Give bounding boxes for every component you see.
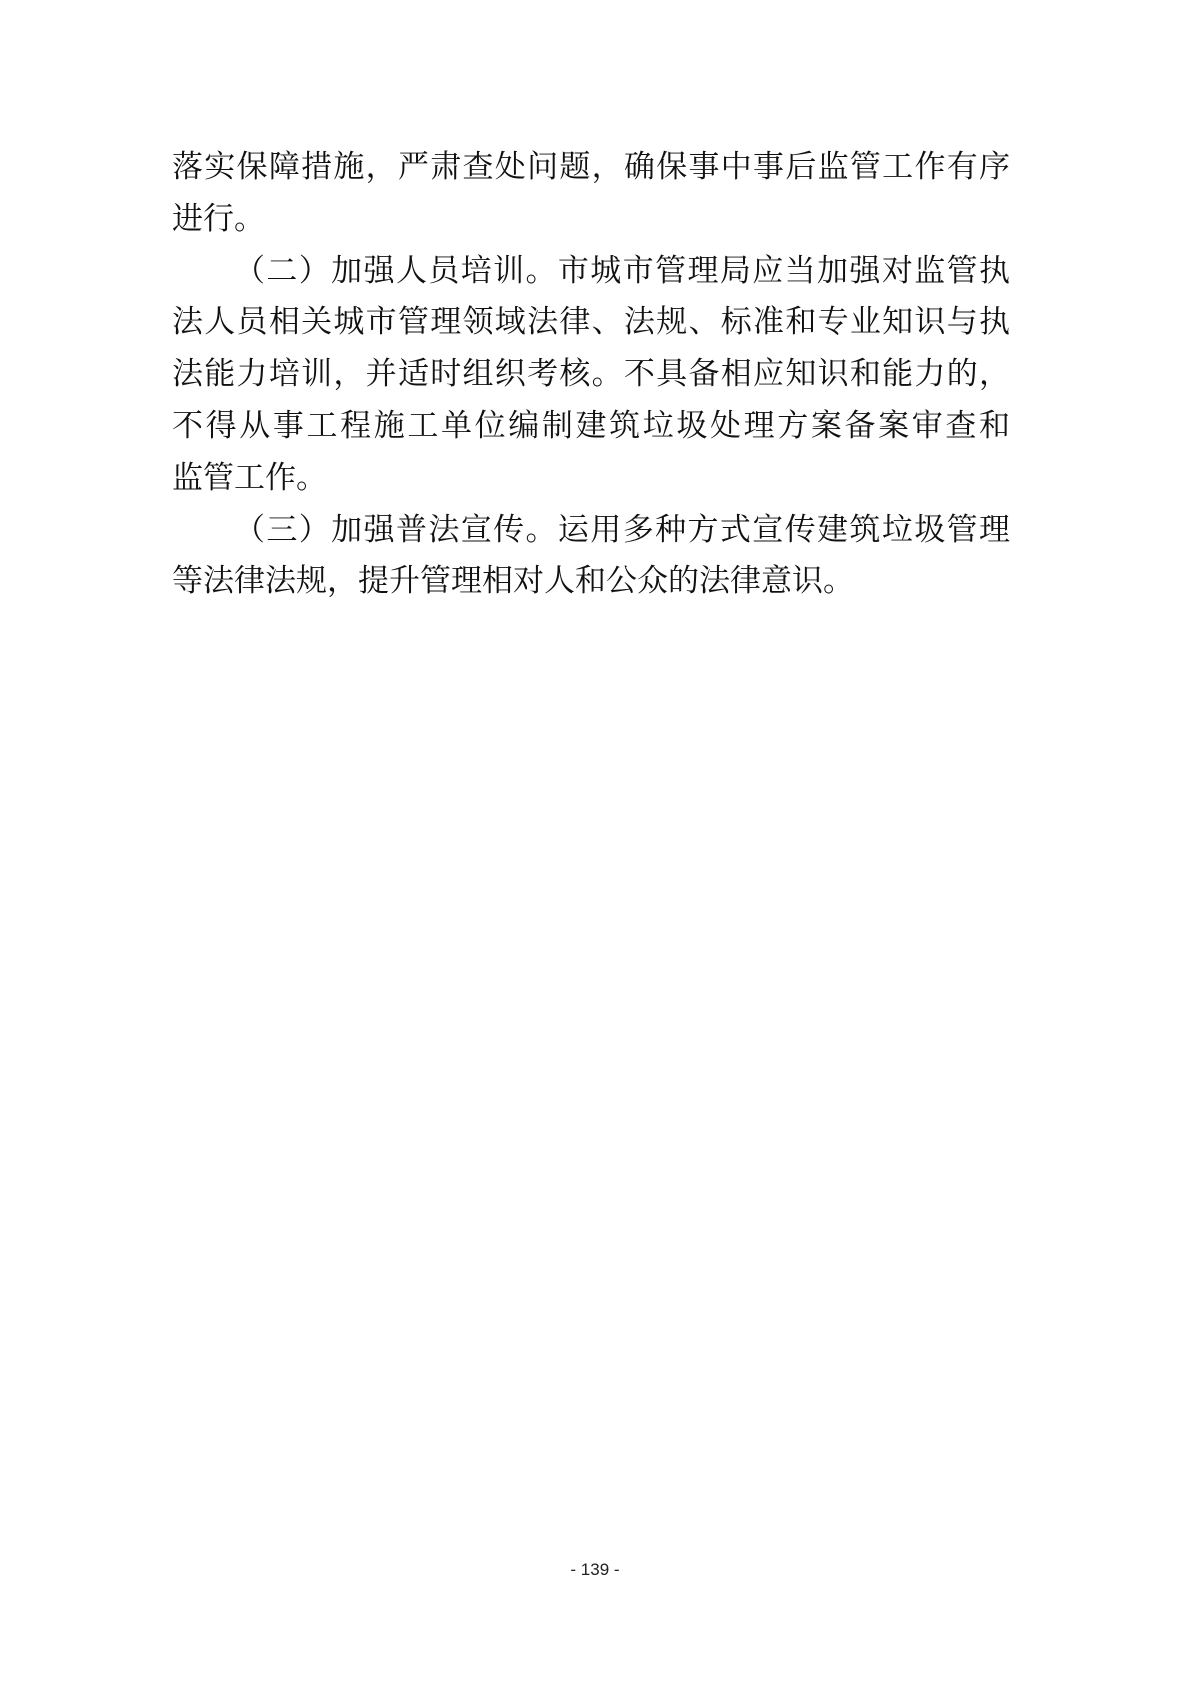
text-line: 法能力培训，并适时组织考核。不具备相应知识和能力的，	[172, 349, 1010, 401]
text-line: 进行。	[172, 194, 1010, 246]
text-line: 不得从事工程施工单位编制建筑垃圾处理方案备案审查和	[172, 401, 1010, 453]
text-line: （三）加强普法宣传。运用多种方式宣传建筑垃圾管理	[172, 505, 1010, 557]
text-line: 等法律法规，提升管理相对人和公众的法律意识。	[172, 556, 1010, 608]
document-body: 落实保障措施，严肃查处问题，确保事中事后监管工作有序 进行。 （二）加强人员培训…	[172, 142, 1010, 608]
paragraph-continuation: 落实保障措施，严肃查处问题，确保事中事后监管工作有序 进行。	[172, 142, 1010, 246]
paragraph-legal-publicity: （三）加强普法宣传。运用多种方式宣传建筑垃圾管理 等法律法规，提升管理相对人和公…	[172, 505, 1010, 609]
text-line: （二）加强人员培训。市城市管理局应当加强对监管执	[172, 246, 1010, 298]
page-number: - 139 -	[0, 1560, 1190, 1580]
text-line: 监管工作。	[172, 453, 1010, 505]
document-page: 落实保障措施，严肃查处问题，确保事中事后监管工作有序 进行。 （二）加强人员培训…	[0, 0, 1190, 1683]
paragraph-staff-training: （二）加强人员培训。市城市管理局应当加强对监管执 法人员相关城市管理领域法律、法…	[172, 246, 1010, 505]
text-line: 法人员相关城市管理领域法律、法规、标准和专业知识与执	[172, 297, 1010, 349]
text-line: 落实保障措施，严肃查处问题，确保事中事后监管工作有序	[172, 142, 1010, 194]
